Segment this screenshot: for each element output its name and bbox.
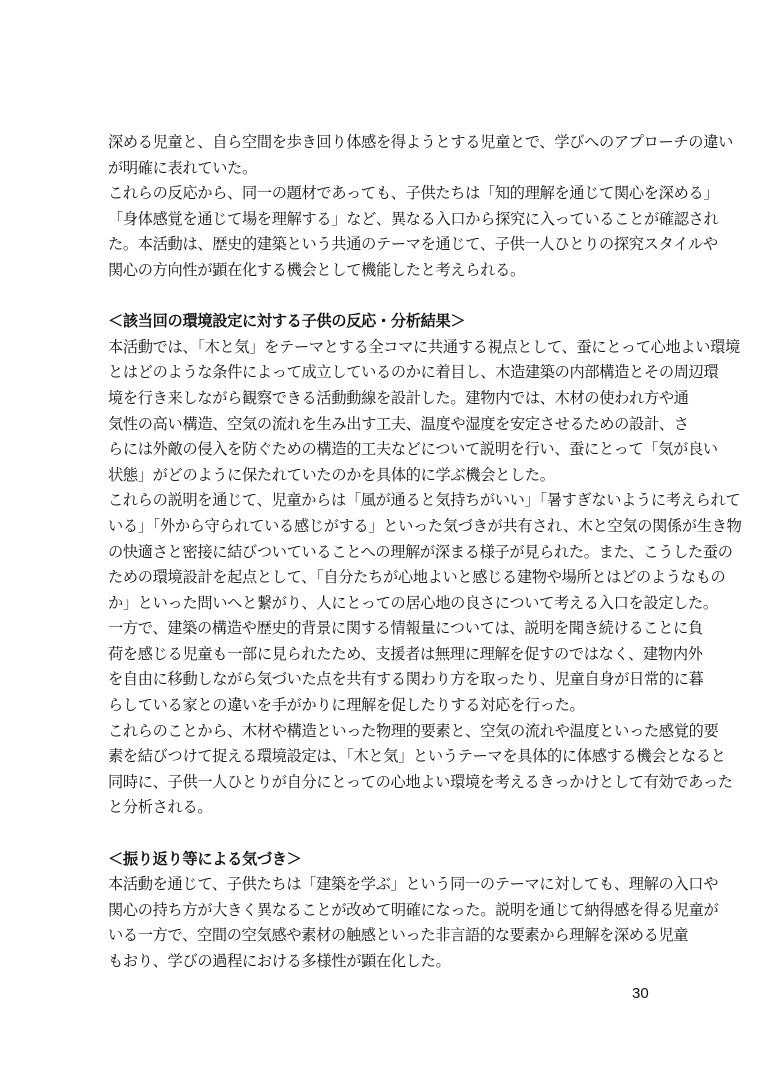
paragraph: 本活動では、「木と気」をテーマとする全コマに共通する視点として、蚕にとって心地よ… bbox=[108, 335, 664, 489]
text-line: 同時に、子供一人ひとりが自分にとっての心地よい環境を考えるきっかけとして有効であ… bbox=[108, 770, 664, 796]
paragraph: これらの説明を通じて、児童からは「風が通ると気持ちがいい」「暑すぎないように考え… bbox=[108, 488, 664, 616]
text-line: らには外敵の侵入を防ぐための構造的工夫などについて説明を行い、蚕にとって「気が良… bbox=[108, 437, 664, 463]
text-line: いる一方で、空間の空気感や素材の触感といった非言語的な要素から理解を深める児童 bbox=[108, 923, 664, 949]
text-line: 境を行き来しながら観察できる活動動線を設計した。建物内では、木材の使われ方や通 bbox=[108, 386, 664, 412]
paragraph: 一方で、建築の構造や歴史的背景に関する情報量については、説明を聞き続けることに負… bbox=[108, 616, 664, 718]
text-line: もおり、学びの過程における多様性が顕在化した。 bbox=[108, 949, 664, 975]
text-line: 状態」がどのように保たれていたのかを具体的に学ぶ機会とした。 bbox=[108, 463, 664, 489]
text-line: が明確に表れていた。 bbox=[108, 156, 664, 182]
text-line: 本活動では、「木と気」をテーマとする全コマに共通する視点として、蚕にとって心地よ… bbox=[108, 335, 664, 361]
page-number: 30 bbox=[632, 985, 649, 1002]
spacer bbox=[108, 821, 664, 847]
text-line: 関心の持ち方が大きく異なることが改めて明確になった。説明を通じて納得感を得る児童… bbox=[108, 898, 664, 924]
paragraph-continuation: 深める児童と、自ら空間を歩き回り体感を得ようとする児童とで、学びへのアプローチの… bbox=[108, 130, 664, 181]
text-line: これらの反応から、同一の題材であっても、子供たちは「知的理解を通じて関心を深める… bbox=[108, 181, 664, 207]
text-line: と分析される。 bbox=[108, 795, 664, 821]
paragraph: 本活動を通じて、子供たちは「建築を学ぶ」という同一のテーマに対しても、理解の入口… bbox=[108, 872, 664, 974]
text-line: 気性の高い構造、空気の流れを生み出す工夫、温度や湿度を安定させるための設計、さ bbox=[108, 412, 664, 438]
text-line: ための環境設計を起点として、「自分たちが心地よいと感じる建物や場所とはどのような… bbox=[108, 565, 664, 591]
text-line: を自由に移動しながら気づいた点を共有する関わり方を取ったり、児童自身が日常的に暮 bbox=[108, 667, 664, 693]
text-line: 一方で、建築の構造や歴史的背景に関する情報量については、説明を聞き続けることに負 bbox=[108, 616, 664, 642]
text-line: か」といった問いへと繋がり、人にとっての居心地の良さについて考える入口を設定した… bbox=[108, 591, 664, 617]
text-line: の快適さと密接に結びついていることへの理解が深まる様子が見られた。また、こうした… bbox=[108, 540, 664, 566]
text-line: これらの説明を通じて、児童からは「風が通ると気持ちがいい」「暑すぎないように考え… bbox=[108, 488, 664, 514]
text-line: とはどのような条件によって成立しているのかに着目し、木造建築の内部構造とその周辺… bbox=[108, 360, 664, 386]
text-line: 荷を感じる児童も一部に見られたため、支援者は無理に理解を促すのではなく、建物内外 bbox=[108, 642, 664, 668]
text-line: いる」「外から守られている感じがする」といった気づきが共有され、木と空気の関係が… bbox=[108, 514, 664, 540]
text-line: 関心の方向性が顕在化する機会として機能したと考えられる。 bbox=[108, 258, 664, 284]
document-page: 深める児童と、自ら空間を歩き回り体感を得ようとする児童とで、学びへのアプローチの… bbox=[108, 130, 664, 975]
spacer bbox=[108, 284, 664, 310]
text-line: 本活動を通じて、子供たちは「建築を学ぶ」という同一のテーマに対しても、理解の入口… bbox=[108, 872, 664, 898]
text-line: 「身体感覚を通じて場を理解する」など、異なる入口から探究に入っていることが確認さ… bbox=[108, 207, 664, 233]
section-heading-reflection: ＜振り返り等による気づき＞ bbox=[108, 847, 664, 873]
paragraph: これらのことから、木材や構造といった物理的要素と、空気の流れや温度といった感覚的… bbox=[108, 719, 664, 821]
paragraph-summary: これらの反応から、同一の題材であっても、子供たちは「知的理解を通じて関心を深める… bbox=[108, 181, 664, 283]
section-heading-analysis: ＜該当回の環境設定に対する子供の反応・分析結果＞ bbox=[108, 309, 664, 335]
text-line: これらのことから、木材や構造といった物理的要素と、空気の流れや温度といった感覚的… bbox=[108, 719, 664, 745]
text-line: らしている家との違いを手がかりに理解を促したりする対応を行った。 bbox=[108, 693, 664, 719]
text-line: た。本活動は、歴史的建築という共通のテーマを通じて、子供一人ひとりの探究スタイル… bbox=[108, 232, 664, 258]
text-line: 素を結びつけて捉える環境設定は、「木と気」というテーマを具体的に体感する機会とな… bbox=[108, 744, 664, 770]
text-line: 深める児童と、自ら空間を歩き回り体感を得ようとする児童とで、学びへのアプローチの… bbox=[108, 130, 664, 156]
